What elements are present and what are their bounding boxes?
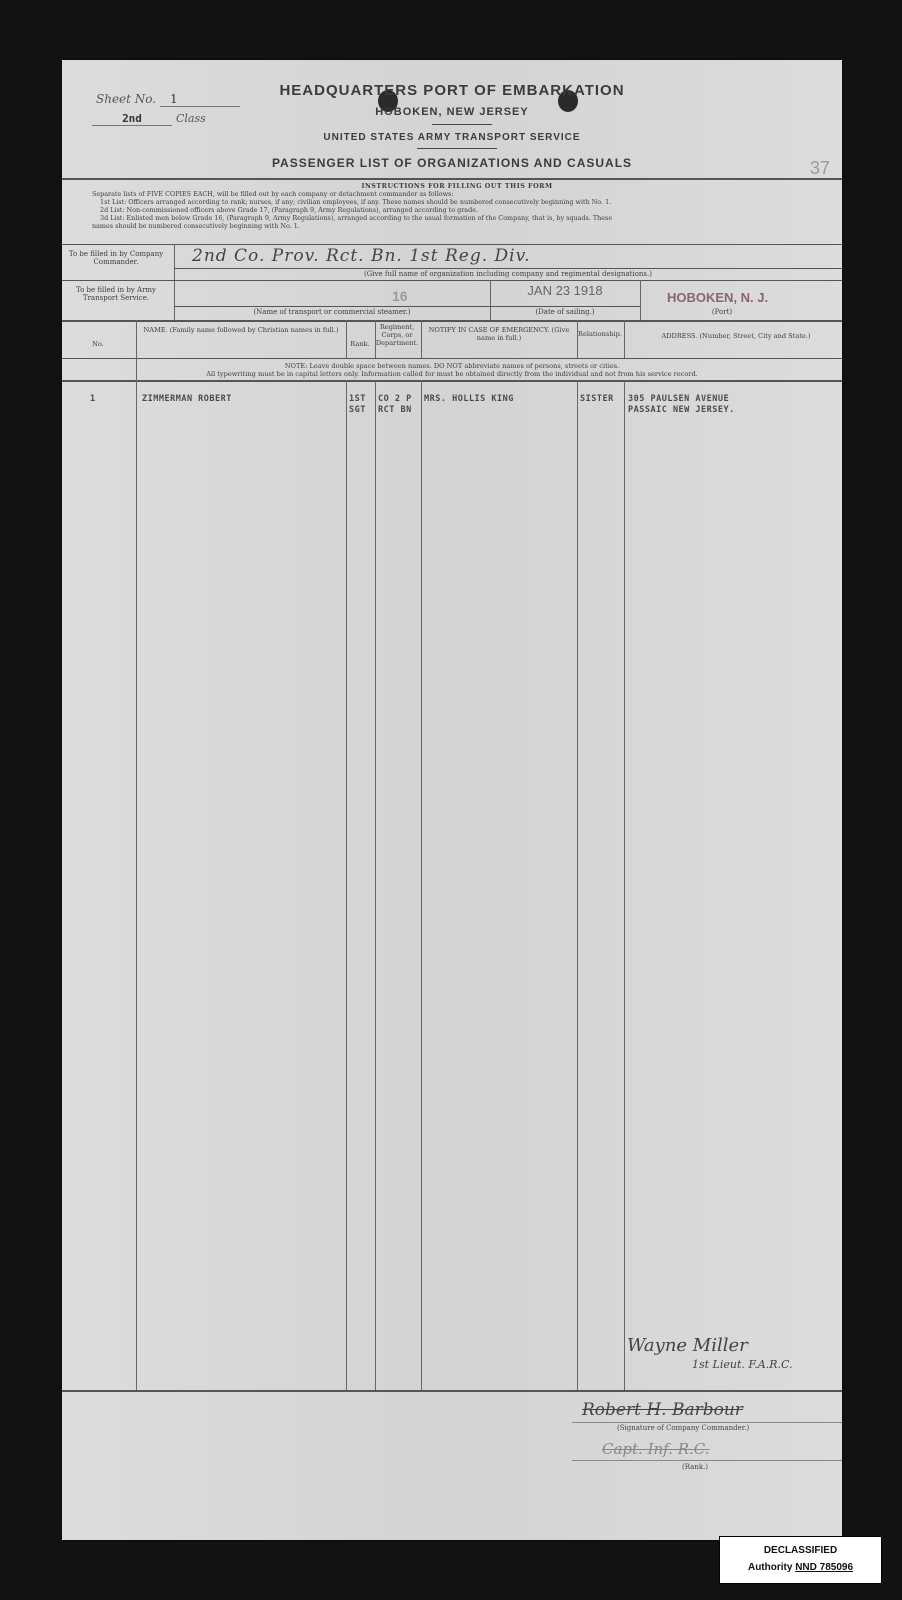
column-divider — [346, 320, 347, 358]
signature-line — [572, 1422, 842, 1423]
transport-service-label: To be filled in by Army Transport Servic… — [66, 286, 166, 302]
divider — [62, 280, 842, 281]
note-line-2: All typewriting must be in capital lette… — [62, 370, 842, 378]
declassified-title: DECLASSIFIED — [720, 1545, 881, 1556]
divider — [417, 148, 497, 149]
signature-line — [572, 1460, 842, 1461]
form-heading: HEADQUARTERS PORT OF EMBARKATION — [62, 82, 842, 99]
divider — [62, 358, 842, 359]
column-divider — [421, 320, 422, 358]
column-divider — [577, 320, 578, 358]
divider — [62, 320, 842, 322]
row-number: 1 — [90, 394, 96, 405]
commander-caption: (Signature of Company Commander.) — [617, 1424, 749, 1432]
row-name: ZIMMERMAN ROBERT — [142, 394, 232, 405]
instructions: INSTRUCTIONS FOR FILLING OUT THIS FORM S… — [92, 182, 822, 230]
divider — [174, 306, 490, 307]
column-divider — [577, 380, 578, 1390]
divider — [62, 380, 842, 382]
steamer-caption: (Name of transport or commercial steamer… — [174, 308, 490, 316]
row-rank: 1ST SGT — [349, 394, 375, 416]
row-relationship: SISTER — [580, 394, 614, 405]
certifier-signature: Wayne Miller — [627, 1335, 748, 1356]
divider — [62, 178, 842, 180]
page-number: 37 — [810, 158, 830, 179]
steamer-value: 16 — [392, 288, 408, 304]
column-header-name: NAME. (Family name followed by Christian… — [138, 326, 344, 334]
authority-label: Authority — [748, 1562, 792, 1573]
note-line-1: NOTE: Leave double space between names. … — [62, 362, 842, 370]
form-title: PASSENGER LIST OF ORGANIZATIONS AND CASU… — [62, 156, 842, 170]
column-header-notify: NOTIFY IN CASE OF EMERGENCY. (Give name … — [424, 326, 574, 342]
divider — [490, 306, 640, 307]
column-divider — [375, 320, 376, 358]
divider — [62, 1390, 842, 1392]
port-value: HOBOKEN, N. J. — [667, 290, 768, 305]
authority-value: NND 785096 — [795, 1562, 853, 1573]
column-header-rank: Rank. — [346, 340, 374, 348]
column-divider — [624, 380, 625, 1390]
port-caption: (Port) — [702, 308, 742, 316]
column-divider — [624, 320, 625, 358]
row-address-line1: 305 PAULSEN AVENUE — [628, 394, 729, 405]
divider — [640, 280, 641, 320]
column-divider — [421, 380, 422, 1390]
column-header-regiment: Regiment, Corps, or Department. — [374, 323, 420, 347]
divider — [62, 244, 842, 245]
rank-caption: (Rank.) — [682, 1463, 708, 1471]
column-header-address: ADDRESS. (Number, Street, City and State… — [636, 332, 836, 340]
form-location: HOBOKEN, NEW JERSEY — [62, 106, 842, 118]
organization-value: 2nd Co. Prov. Rct. Bn. 1st Reg. Div. — [192, 246, 531, 266]
sailing-date-value: JAN 23 1918 — [490, 283, 640, 298]
declassified-stamp: DECLASSIFIED Authority NND 785096 — [719, 1536, 882, 1584]
column-header-relationship: Relationship. — [578, 330, 622, 338]
divider — [432, 124, 492, 125]
row-address-line2: PASSAIC NEW JERSEY. — [628, 405, 735, 416]
organization-caption: (Give full name of organization includin… — [174, 270, 842, 278]
column-divider — [346, 380, 347, 1390]
row-notify: MRS. HOLLIS KING — [424, 394, 514, 405]
divider — [174, 268, 842, 269]
column-divider — [375, 380, 376, 1390]
commander-signature: Robert H. Barbour — [582, 1400, 743, 1420]
certifier-rank: 1st Lieut. F.A.R.C. — [692, 1358, 793, 1371]
form-service: UNITED STATES ARMY TRANSPORT SERVICE — [62, 132, 842, 143]
commander-rank: Capt. Inf. R.C. — [602, 1440, 710, 1458]
company-commander-label: To be filled in by Company Commander. — [66, 250, 166, 266]
row-regiment: CO 2 P RCT BN — [378, 394, 422, 416]
column-divider — [136, 320, 137, 1390]
column-header-no: No. — [62, 340, 134, 348]
passenger-list-form: Sheet No. 1 2ndClass HEADQUARTERS PORT O… — [62, 60, 842, 1540]
sailing-date-caption: (Date of sailing.) — [490, 308, 640, 316]
